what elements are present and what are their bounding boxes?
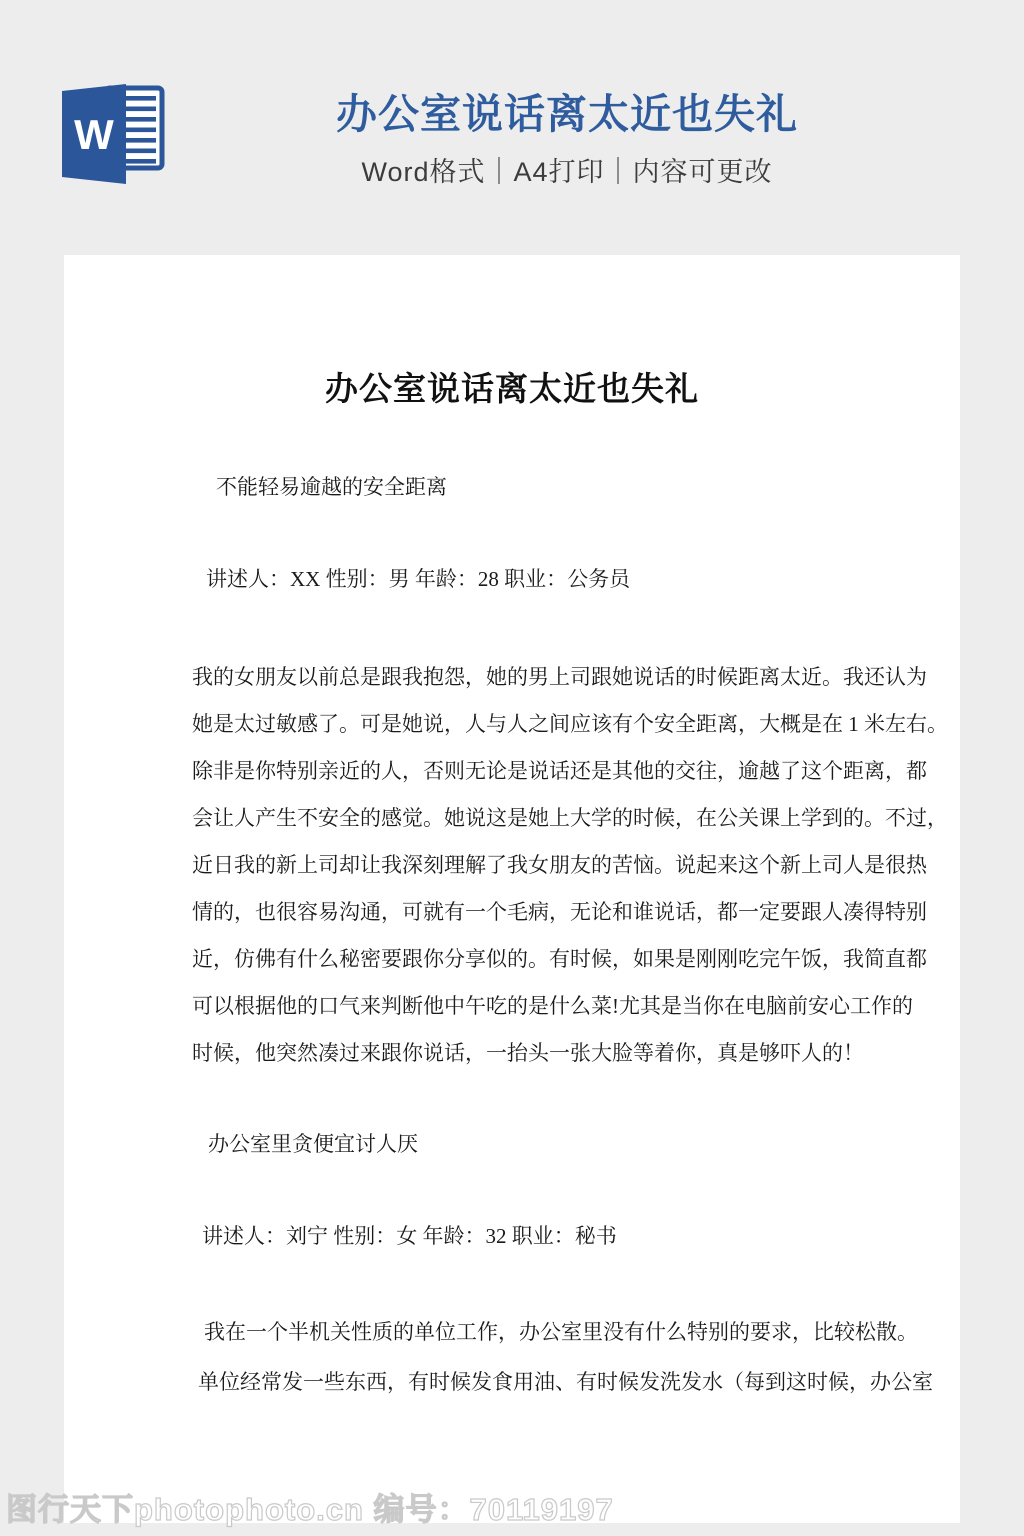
paragraph-2-line: 单位经常发一些东西，有时候发食用油、有时候发洗发水（每到这时候，办公室: [192, 1357, 920, 1407]
paragraph-1-line: 近，仿佛有什么秘密要跟你分享似的。有时候，如果是刚刚吃完午饭，我简直都: [192, 936, 920, 983]
document-page: 办公室说话离太近也失礼 不能轻易逾越的安全距离 讲述人：XX 性别：男 年龄：2…: [64, 255, 960, 1523]
template-preview-page: W 办公室说话离太近也失礼 Word格式｜A4打印｜内容可更改 办公室说话离太近…: [0, 0, 1024, 1536]
speaker-info-2: 讲述人：刘宁 性别：女 年龄：32 职业：秘书: [192, 1222, 920, 1250]
word-icon-letter: W: [74, 111, 114, 158]
paragraph-1-line: 近日我的新上司却让我深刻理解了我女朋友的苦恼。说起来这个新上司人是很热: [192, 842, 920, 889]
paragraph-1-line: 会让人产生不安全的感觉。她说这是她上大学的时候，在公关课上学到的。不过，: [192, 795, 920, 842]
paragraph-2: 我在一个半机关性质的单位工作，办公室里没有什么特别的要求，比较松散。 单位经常发…: [192, 1307, 920, 1407]
paragraph-1-line: 情的，也很容易沟通，可就有一个毛病，无论和谁说话，都一定要跟人凑得特别: [192, 889, 920, 936]
document-body: 不能轻易逾越的安全距离 讲述人：XX 性别：男 年龄：28 职业：公务员 我的女…: [64, 473, 960, 1407]
paragraph-2-line: 我在一个半机关性质的单位工作，办公室里没有什么特别的要求，比较松散。: [192, 1307, 920, 1357]
document-title: 办公室说话离太近也失礼: [64, 367, 960, 413]
paragraph-1-line: 除非是你特别亲近的人，否则无论是说话还是其他的交往，逾越了这个距离，都: [192, 748, 920, 795]
template-subtitle: Word格式｜A4打印｜内容可更改: [110, 150, 1024, 189]
paragraph-1-line: 可以根据他的口气来判断他中午吃的是什么菜!尤其是当你在电脑前安心工作的: [192, 983, 920, 1030]
intro-line: 不能轻易逾越的安全距离: [192, 473, 920, 501]
paragraph-1: 我的女朋友以前总是跟我抱怨，她的男上司跟她说话的时候距离太近。我还认为 她是太过…: [192, 654, 920, 1077]
speaker-info-1: 讲述人：XX 性别：男 年龄：28 职业：公务员: [192, 565, 920, 593]
section-heading-2: 办公室里贪便宜讨人厌: [192, 1130, 920, 1158]
header-text-block: 办公室说话离太近也失礼 Word格式｜A4打印｜内容可更改: [110, 90, 1024, 189]
site-watermark: 图行天下photophoto.cn 编号：70119197: [6, 1484, 614, 1529]
paragraph-1-line: 她是太过敏感了。可是她说，人与人之间应该有个安全距离，大概是在 1 米左右。: [192, 701, 920, 748]
template-title: 办公室说话离太近也失礼: [110, 90, 1024, 138]
paragraph-1-line: 我的女朋友以前总是跟我抱怨，她的男上司跟她说话的时候距离太近。我还认为: [192, 654, 920, 701]
paragraph-1-line: 时候，他突然凑过来跟你说话，一抬头一张大脸等着你，真是够吓人的！: [192, 1030, 920, 1077]
header: W 办公室说话离太近也失礼 Word格式｜A4打印｜内容可更改: [0, 0, 1024, 255]
